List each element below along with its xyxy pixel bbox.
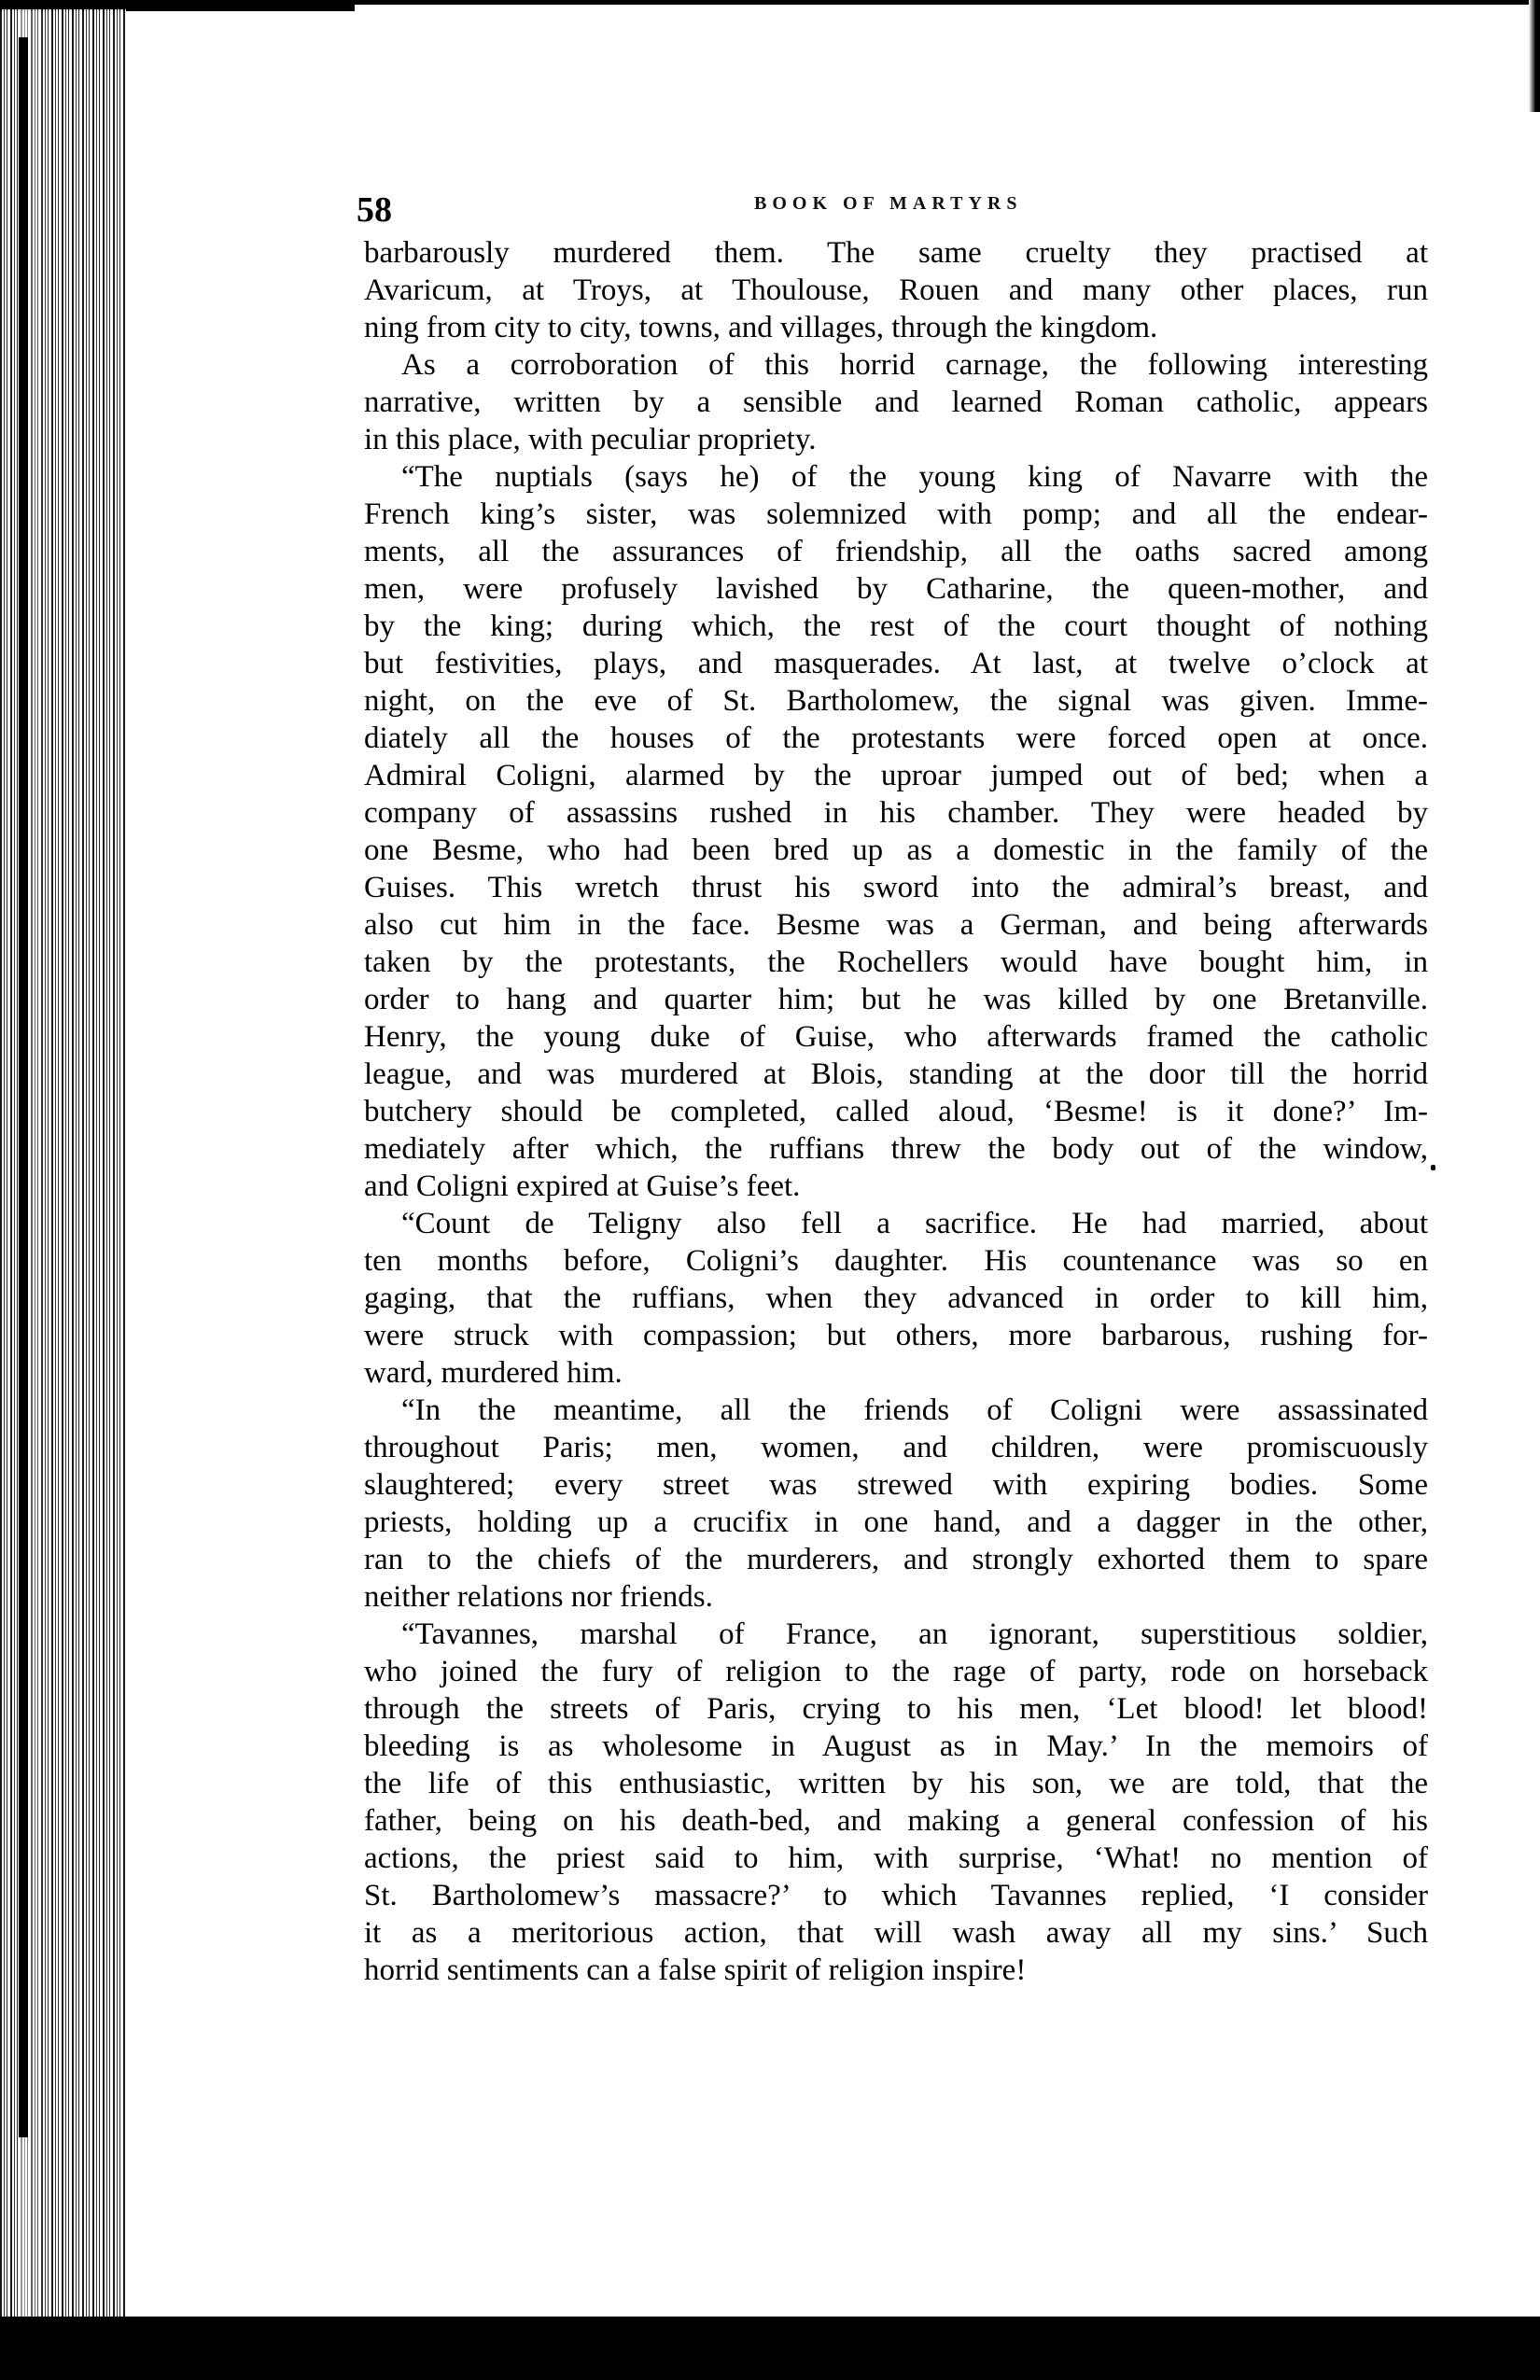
ink-speck xyxy=(1431,1165,1435,1170)
text-line: actions, the priest said to him, with su… xyxy=(364,1840,1428,1877)
text-line: through the streets of Paris, crying to … xyxy=(364,1690,1428,1728)
text-line: taken by the protestants, the Rochellers… xyxy=(364,944,1428,981)
text-line: narrative, written by a sensible and lea… xyxy=(364,384,1428,421)
text-line: and Coligni expired at Guise’s feet. xyxy=(364,1168,1428,1205)
running-head: BOOK OF MARTYRS xyxy=(754,194,1022,213)
text-line: horrid sentiments can a false spirit of … xyxy=(364,1952,1428,1989)
text-line: the life of this enthusiastic, written b… xyxy=(364,1765,1428,1802)
text-line: men, were profusely lavished by Catharin… xyxy=(364,570,1428,608)
text-line: priests, holding up a crucifix in one ha… xyxy=(364,1504,1428,1541)
text-line: diately all the houses of the protestant… xyxy=(364,720,1428,757)
text-line: barbarously murdered them. The same crue… xyxy=(364,234,1428,272)
text-line: ten months before, Coligni’s daughter. H… xyxy=(364,1242,1428,1280)
text-line: night, on the eve of St. Bartholomew, th… xyxy=(364,682,1428,720)
text-line: father, being on his death-bed, and maki… xyxy=(364,1802,1428,1840)
text-line: “Count de Teligny also fell a sacrifice.… xyxy=(364,1205,1428,1242)
text-line: St. Bartholomew’s massacre?’ to which Ta… xyxy=(364,1877,1428,1914)
text-line: company of assassins rushed in his chamb… xyxy=(364,794,1428,832)
text-line: it as a meritorious action, that will wa… xyxy=(364,1914,1428,1952)
text-line: one Besme, who had been bred up as a dom… xyxy=(364,832,1428,869)
text-line: “The nuptials (says he) of the young kin… xyxy=(364,458,1428,496)
text-line: ning from city to city, towns, and villa… xyxy=(364,309,1428,346)
text-line: throughout Paris; men, women, and childr… xyxy=(364,1429,1428,1466)
text-line: also cut him in the face. Besme was a Ge… xyxy=(364,906,1428,944)
scan-right-edge-shadow xyxy=(1529,0,1540,112)
text-line: league, and was murdered at Blois, stand… xyxy=(364,1056,1428,1093)
text-line: French king’s sister, was solemnized wit… xyxy=(364,496,1428,533)
text-line: mediately after which, the ruffians thre… xyxy=(364,1130,1428,1168)
body-text: barbarously murdered them. The same crue… xyxy=(364,234,1428,1989)
scan-bottom-edge xyxy=(0,2317,1540,2380)
text-line: butchery should be completed, called alo… xyxy=(364,1093,1428,1130)
text-line: slaughtered; every street was strewed wi… xyxy=(364,1466,1428,1504)
text-line: gaging, that the ruffians, when they adv… xyxy=(364,1280,1428,1317)
text-line: “Tavannes, marshal of France, an ignoran… xyxy=(364,1616,1428,1653)
text-line: were struck with compassion; but others,… xyxy=(364,1317,1428,1354)
text-line: ments, all the assurances of friendship,… xyxy=(364,533,1428,570)
text-line: neither relations nor friends. xyxy=(364,1578,1428,1616)
text-line: “In the meantime, all the friends of Col… xyxy=(364,1392,1428,1429)
text-line: ward, murdered him. xyxy=(364,1354,1428,1392)
text-line: by the king; during which, the rest of t… xyxy=(364,608,1428,645)
book-spine-shadow xyxy=(19,37,28,2137)
text-line: Avaricum, at Troys, at Thoulouse, Rouen … xyxy=(364,272,1428,309)
text-line: ran to the chiefs of the murderers, and … xyxy=(364,1541,1428,1578)
text-line: who joined the fury of religion to the r… xyxy=(364,1653,1428,1690)
text-line: As a corroboration of this horrid carnag… xyxy=(364,346,1428,384)
text-line: Admiral Coligni, alarmed by the uproar j… xyxy=(364,757,1428,794)
text-line: in this place, with peculiar propriety. xyxy=(364,421,1428,458)
text-line: order to hang and quarter him; but he wa… xyxy=(364,981,1428,1018)
text-line: Guises. This wretch thrust his sword int… xyxy=(364,869,1428,906)
text-line: bleeding is as wholesome in August as in… xyxy=(364,1728,1428,1765)
text-line: Henry, the young duke of Guise, who afte… xyxy=(364,1018,1428,1056)
page-number: 58 xyxy=(357,192,392,228)
text-line: but festivities, plays, and masquerades.… xyxy=(364,645,1428,682)
